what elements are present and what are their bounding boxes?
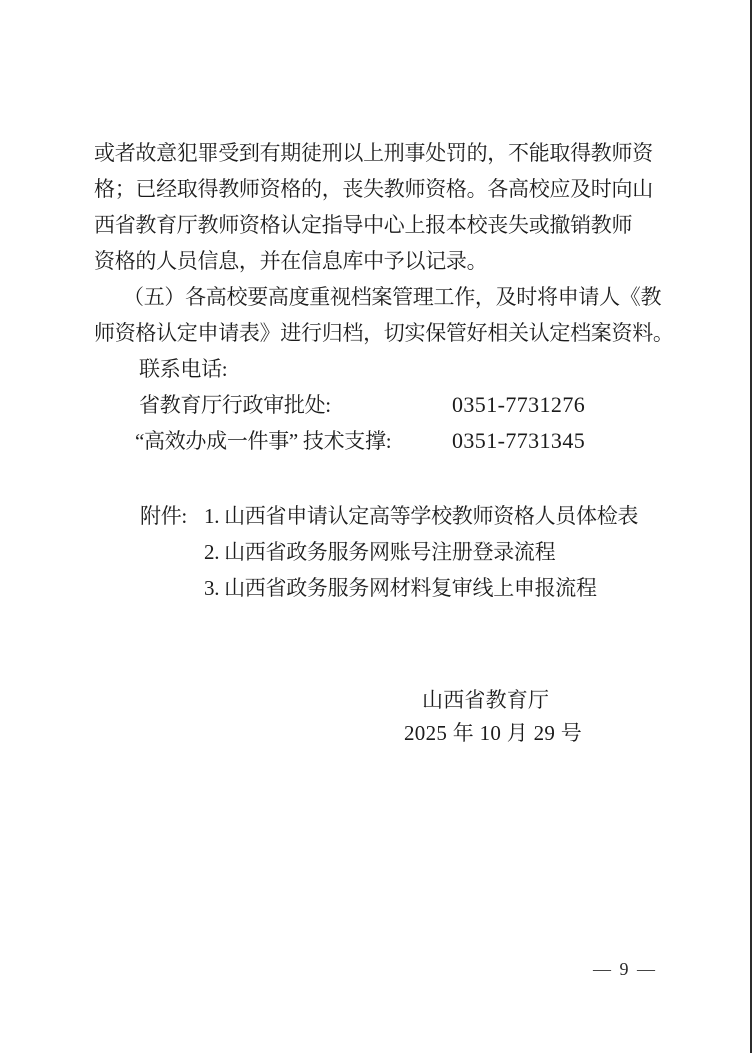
contact-row: “高效办成一件事” 技术支撑: 0351-7731345 — [94, 423, 664, 459]
contact-label: 省教育厅行政审批处: — [139, 393, 331, 417]
signature-organization: 山西省教育厅 — [422, 688, 549, 712]
document-page: 或者故意犯罪受到有期徒刑以上刑事处罚的，不能取得教师资 格；已经取得教师资格的，… — [0, 0, 753, 1062]
contact-phone-number: 0351-7731276 — [452, 387, 585, 423]
attachments-list: 1. 山西省申请认定高等学校教师资格人员体检表 2. 山西省政务服务网账号注册登… — [204, 498, 638, 606]
body-line: 师资格认定申请表》进行归档，切实保管好相关认定档案资料。 — [94, 315, 664, 351]
body-line: （五）各高校要高度重视档案管理工作，及时将申请人《教 — [94, 279, 664, 315]
attachments-block: 附件: 1. 山西省申请认定高等学校教师资格人员体检表 2. 山西省政务服务网账… — [140, 498, 638, 606]
contact-label: “高效办成一件事” 技术支撑: — [135, 429, 391, 453]
contact-row: 省教育厅行政审批处: 0351-7731276 — [94, 387, 664, 423]
body-line: 西省教育厅教师资格认定指导中心上报本校丧失或撤销教师 — [94, 207, 664, 243]
signature-date: 2025 年 10 月 29 号 — [404, 721, 582, 745]
body-line: 资格的人员信息，并在信息库中予以记录。 — [94, 243, 664, 279]
attachments-label: 附件: — [140, 498, 204, 606]
contact-phone-number: 0351-7731345 — [452, 423, 585, 459]
contact-heading: 联系电话: — [94, 351, 664, 387]
attachment-item: 2. 山西省政务服务网账号注册登录流程 — [204, 534, 638, 570]
attachment-item: 3. 山西省政务服务网材料复审线上申报流程 — [204, 570, 638, 606]
page-number: — 9 — — [593, 959, 657, 979]
body-line: 格；已经取得教师资格的，丧失教师资格。各高校应及时向山 — [94, 171, 664, 207]
page-right-edge-line — [750, 0, 752, 1053]
body-line: 或者故意犯罪受到有期徒刑以上刑事处罚的，不能取得教师资 — [94, 135, 664, 171]
body-text-block: 或者故意犯罪受到有期徒刑以上刑事处罚的，不能取得教师资 格；已经取得教师资格的，… — [94, 135, 664, 459]
attachment-item: 1. 山西省申请认定高等学校教师资格人员体检表 — [204, 498, 638, 534]
